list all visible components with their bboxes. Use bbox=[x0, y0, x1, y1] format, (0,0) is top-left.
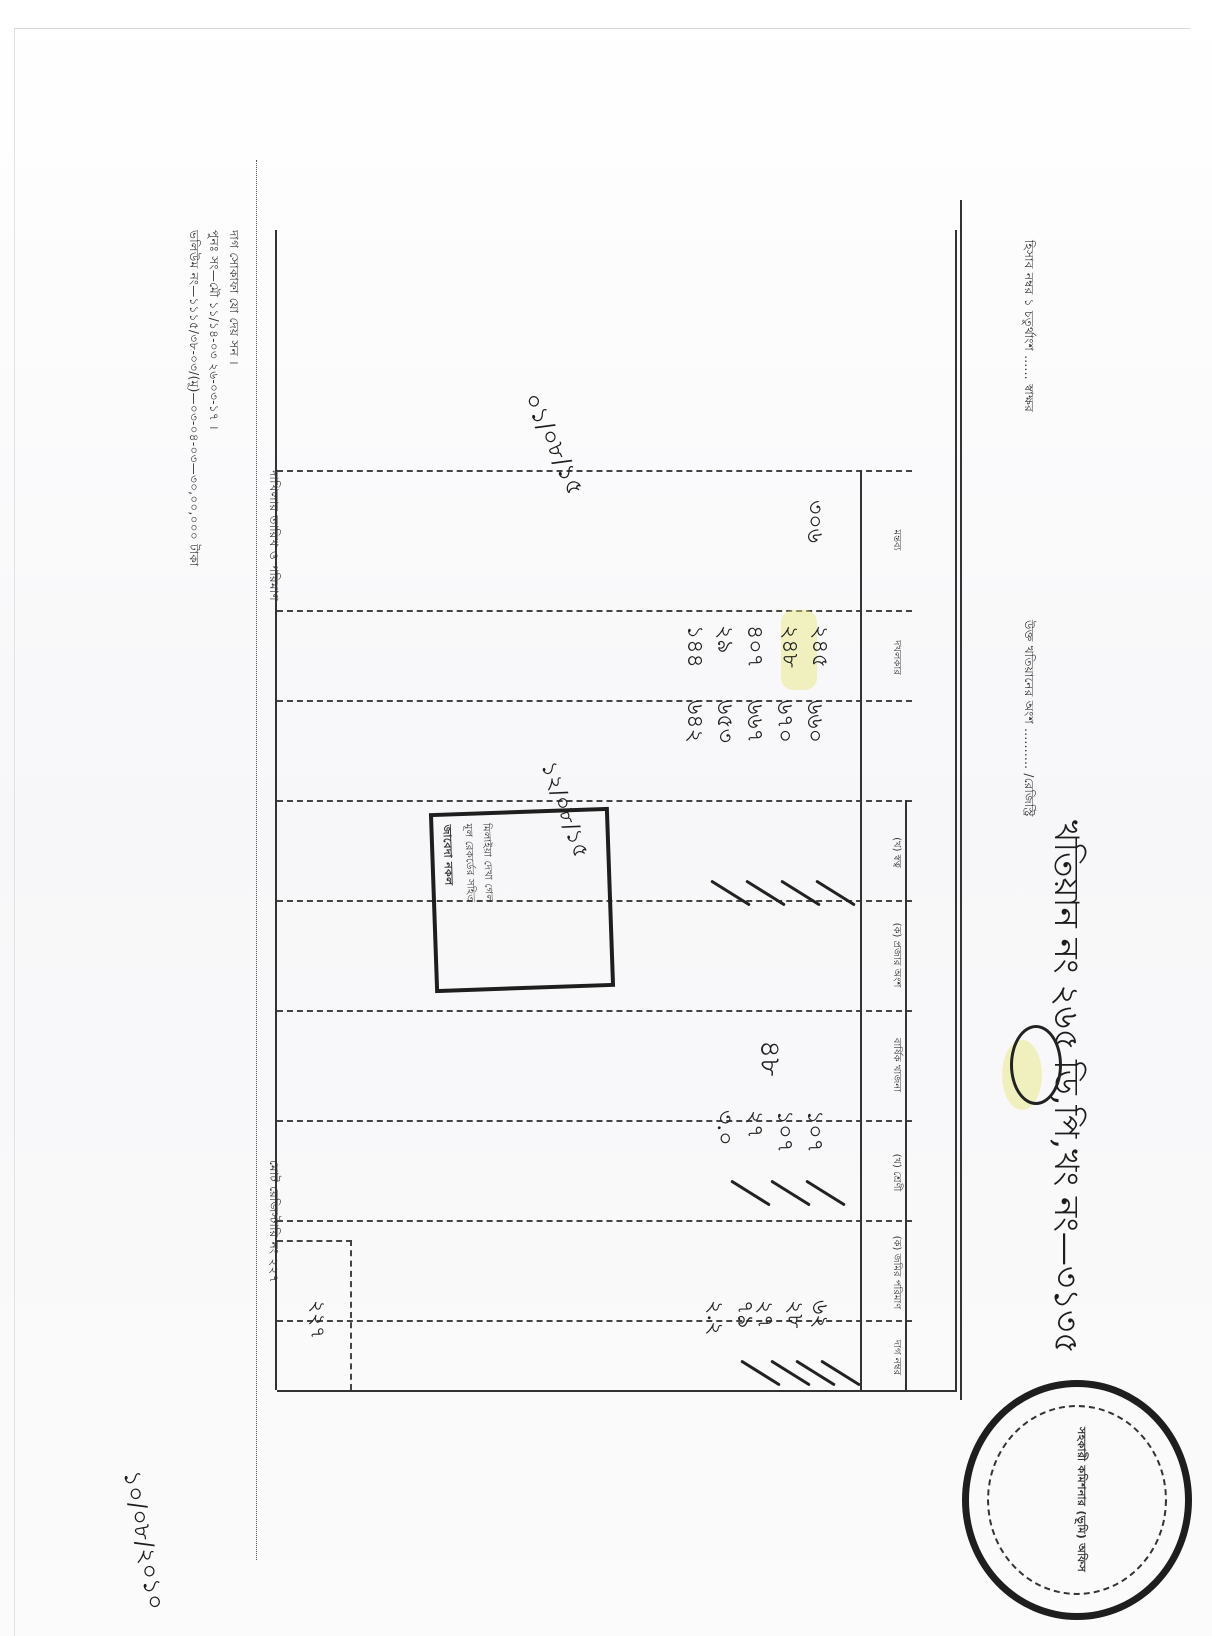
dotted-rule bbox=[256, 160, 257, 1560]
column-divider bbox=[277, 1010, 912, 1012]
signature-date: ০১/০৮/১৫ bbox=[511, 387, 594, 503]
column-header: (খ) স্বত্ব bbox=[890, 810, 902, 895]
check-mark bbox=[730, 1180, 771, 1207]
official-round-seal: সহকারী কমিশনার (ভূমি) অফিস bbox=[962, 1380, 1192, 1620]
header-row-divider bbox=[905, 800, 907, 1390]
seal-text: সহকারী কমিশনার (ভূমি) অফিস bbox=[1071, 1427, 1090, 1572]
column-header: (ক) প্রজার অংশ bbox=[890, 910, 902, 1000]
box-stamp-line: জাবেদা নকল bbox=[436, 824, 457, 886]
table-bottom-border bbox=[955, 230, 957, 1390]
plot-subnumber: ২৪৫ bbox=[800, 625, 837, 668]
check-mark bbox=[770, 1180, 811, 1207]
table-top-border bbox=[275, 230, 277, 1390]
signature-date: ১০/০৮/২০১০ bbox=[110, 1468, 174, 1614]
dp-khatian-number: ডি,পি,খং নং—৩১৩৫ bbox=[1035, 1060, 1092, 1354]
check-mark bbox=[710, 880, 751, 907]
plot-subnumber: ৪০৭ bbox=[735, 625, 772, 668]
check-mark bbox=[780, 880, 821, 907]
box-stamp-line: মিলাইয়া দেখা গেল bbox=[476, 823, 496, 903]
serial-box-edge bbox=[277, 1240, 352, 1242]
column-divider bbox=[277, 800, 912, 802]
serial-box-edge bbox=[350, 1240, 352, 1390]
check-mark bbox=[820, 1360, 861, 1387]
scanned-page: ভলিউম নং—১১১৫/৩৮-০৩/(মূ)—০৩-০৪-০৩—৩০,০০,… bbox=[0, 0, 1212, 1636]
header-line: দাখিলার তারিখ ও পরিমাণ bbox=[262, 470, 282, 601]
footnote: হিসাব নম্বর ১ চতুর্থাংশ ...... স্বাক্ষর bbox=[1017, 240, 1037, 412]
footnote: উক্ত খতিয়ানের অংশ .......... /রেজিস্ট্র… bbox=[1017, 620, 1037, 817]
plot-number: ৬৬০ bbox=[795, 700, 832, 743]
header-line: দাগ সোকাফা যো দেয় সন । bbox=[222, 230, 242, 365]
column-header: মন্তব্য bbox=[890, 480, 902, 600]
table-right-border bbox=[277, 1390, 957, 1392]
area-value: ৩০৬ bbox=[795, 500, 832, 543]
column-divider bbox=[277, 1220, 912, 1222]
column-header: (খ) শ্রেণী bbox=[890, 1130, 902, 1215]
circled-number bbox=[1010, 1025, 1062, 1105]
column-divider bbox=[277, 470, 912, 472]
serial-number: ২২৭ bbox=[299, 1300, 332, 1339]
check-mark bbox=[815, 880, 856, 907]
check-mark bbox=[805, 1180, 846, 1207]
column-divider bbox=[277, 610, 912, 612]
header-line: পুনঃ সং—মৌ ১১/১৪-০৩ ২৬-০৩-১৭ । bbox=[202, 230, 222, 430]
check-mark bbox=[745, 880, 786, 907]
column-header: (ক) জমির পরিমাণ bbox=[890, 1230, 902, 1315]
box-stamp-line: মূল রেকর্ডের সহিত bbox=[458, 824, 478, 903]
column-header: দাগ নম্বর bbox=[890, 1330, 902, 1385]
entry-value: ৬২ bbox=[800, 1300, 837, 1329]
header-line: ভলিউম নং—১১১৫/৩৮-০৩/(মূ)—০৩-০৪-০৩—৩০,০০,… bbox=[182, 230, 202, 567]
entry-value: ১০৭ bbox=[795, 1110, 832, 1153]
entry-value: ২.২ bbox=[695, 1300, 732, 1336]
footer-rule bbox=[960, 200, 962, 1400]
column-header: দখলকার bbox=[890, 620, 902, 695]
rotated-document: ভলিউম নং—১১১৫/৩৮-০৩/(মূ)—০৩-০৪-০৩—৩০,০০,… bbox=[0, 0, 1212, 1636]
header-row-divider bbox=[860, 470, 862, 1390]
entry-note: ৪৮ bbox=[745, 1040, 792, 1076]
khatian-number: খতিয়ান নং ২৬৫ bbox=[1035, 820, 1092, 1051]
column-header: বার্ষিক খাজনা bbox=[890, 1020, 902, 1110]
